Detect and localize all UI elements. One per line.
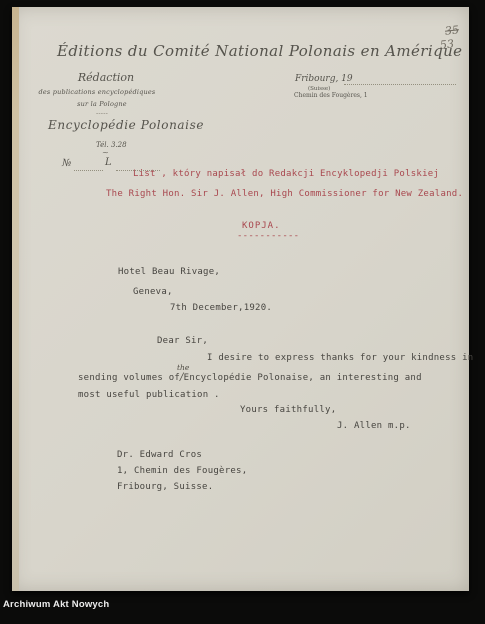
sender-city: Geneva, (133, 287, 173, 297)
body-line1: I desire to express thanks for your kind… (207, 353, 473, 363)
numero-label: № (62, 158, 71, 169)
numero-rule (74, 169, 103, 171)
insertion-mark: / (180, 372, 184, 383)
letterhead-title: Éditions du Comité National Polonais en … (57, 42, 437, 60)
letterhead-redaction: Rédaction (60, 71, 152, 84)
letter-date: 7th December,1920. (170, 303, 272, 313)
archive-watermark: Archiwum Akt Nowych (3, 599, 109, 610)
recipient-street: 1, Chemin des Fougères, (117, 466, 247, 476)
body-line2-pre: sending volumes of (78, 373, 180, 383)
letterhead-publication: Encyclopédie Polonaise (48, 118, 204, 132)
annotation-line2: The Right Hon. Sir J. Allen, High Commis… (106, 189, 463, 199)
body-line2-post: Encyclopédie Polonaise, an interesting a… (184, 373, 422, 383)
letterhead-redaction-sub2: sur la Pologne (41, 100, 163, 108)
recipient-city: Fribourg, Suisse. (117, 482, 213, 492)
date-rule (344, 83, 456, 85)
copy-underline: ----------- (237, 231, 299, 241)
insertion: the/ (180, 372, 184, 383)
pencil-number-top: 35 (444, 23, 459, 37)
body-line2: sending volumes ofthe/Encyclopédie Polon… (78, 372, 422, 383)
inserted-word: the (177, 363, 189, 372)
body-line3: most useful publication . (78, 390, 220, 400)
archive-scan-page: { "page": { "watermark": "Archiwum Akt N… (0, 0, 485, 624)
annotation-line1: List , który napisał do Redakcji Encyklo… (133, 169, 439, 179)
salutation: Dear Sir, (157, 336, 208, 346)
letterhead-redaction-sub1: des publications encyclopédiques (36, 88, 158, 96)
signature: J. Allen m.p. (337, 421, 411, 431)
closing: Yours faithfully, (240, 405, 336, 415)
letterhead-street: Chemin des Fougères, 1 (294, 92, 368, 99)
litt-label: L (105, 157, 112, 168)
recipient-name: Dr. Edward Cros (117, 450, 202, 460)
letterhead-redaction-rule: ----- (41, 109, 163, 117)
letterhead-phone: Tél. 3.28 (96, 141, 127, 149)
copy-label: KOPJA. (242, 221, 281, 231)
letterhead-ornament: ~ (102, 148, 108, 157)
sender-hotel: Hotel Beau Rivage, (118, 267, 220, 277)
paper-left-edge (12, 7, 19, 591)
